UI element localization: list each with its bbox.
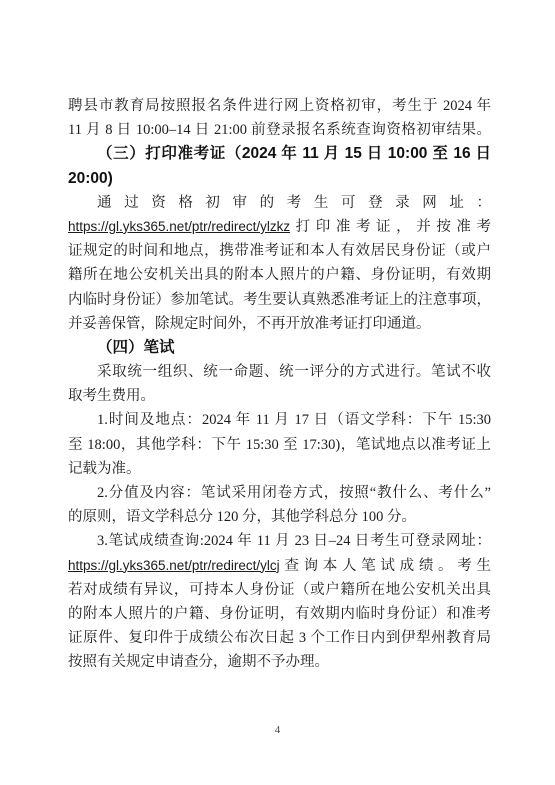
document-page: 聘县市教育局按照报名条件进行网上资格初审，考生于 2024 年 11 月 8 日…	[0, 0, 555, 785]
doc-line-text: 打印准考证，并按准考	[290, 219, 491, 235]
score-query-link[interactable]: https://gl.yks365.net/ptr/redirect/ylcj	[68, 558, 280, 573]
doc-line: 内临时身份证）参加笔试。考生要认真熟悉准考证上的注意事项，	[68, 288, 491, 312]
admission-ticket-print-link[interactable]: https://gl.yks365.net/ptr/redirect/ylzkz	[68, 219, 290, 234]
doc-line: 11 月 8 日 10:00–14 日 21:00 前登录报名系统查询资格初审结…	[68, 118, 491, 142]
doc-line: 的原则，语文学科总分 120 分，其他学科总分 100 分。	[68, 505, 491, 529]
doc-line: 采取统一组织、统一命题、统一评分的方式进行。笔试不收	[68, 360, 491, 384]
doc-line: 聘县市教育局按照报名条件进行网上资格初审，考生于 2024 年	[68, 94, 491, 118]
doc-line: https://gl.yks365.net/ptr/redirect/ylzkz…	[68, 215, 491, 239]
doc-line: 按照有关规定申请查分，逾期不予办理。	[68, 650, 491, 674]
doc-line-text: 查询本人笔试成绩。考生	[280, 558, 491, 574]
doc-line: 至 18:00，其他学科：下午 15:30 至 17:30)，笔试地点以准考证上	[68, 433, 491, 457]
document-text-block: 聘县市教育局按照报名条件进行网上资格初审，考生于 2024 年 11 月 8 日…	[68, 94, 491, 675]
doc-line: 记载为准。	[68, 457, 491, 481]
doc-line: 取考生费用。	[68, 384, 491, 408]
doc-line-exam-time: 1.时间及地点：2024 年 11 月 17 日（语文学科：下午 15:30	[68, 408, 491, 432]
doc-line: 证原件、复印件于成绩公布次日起 3 个工作日内到伊犁州教育局	[68, 626, 491, 650]
page-number: 4	[0, 724, 555, 736]
doc-line: 籍所在地公安机关出具的附本人照片的户籍、身份证明，有效期	[68, 263, 491, 287]
doc-line: 通过资格初审的考生可登录网址：	[68, 191, 491, 215]
doc-line: 证规定的时间和地点，携带准考证和本人有效居民身份证（或户	[68, 239, 491, 263]
heading-section-3-continuation: 20:00)	[68, 167, 491, 191]
doc-line: 并妥善保管，除规定时间外，不再开放准考证打印通道。	[68, 312, 491, 336]
doc-line: https://gl.yks365.net/ptr/redirect/ylcj查…	[68, 554, 491, 578]
doc-line: 的附本人照片的户籍、身份证明，有效期内临时身份证）和准考	[68, 602, 491, 626]
heading-section-4-written-exam: （四）笔试	[68, 336, 491, 360]
heading-section-3-print-ticket: （三）打印准考证（2024 年 11 月 15 日 10:00 至 16 日	[68, 142, 491, 166]
doc-line: 若对成绩有异议，可持本人身份证（或户籍所在地公安机关出具	[68, 578, 491, 602]
doc-line-exam-score: 2.分值及内容：笔试采用闭卷方式，按照“教什么、考什么”	[68, 481, 491, 505]
doc-line-score-query: 3.笔试成绩查询:2024 年 11 月 23 日–24 日考生可登录网址：	[68, 529, 491, 553]
